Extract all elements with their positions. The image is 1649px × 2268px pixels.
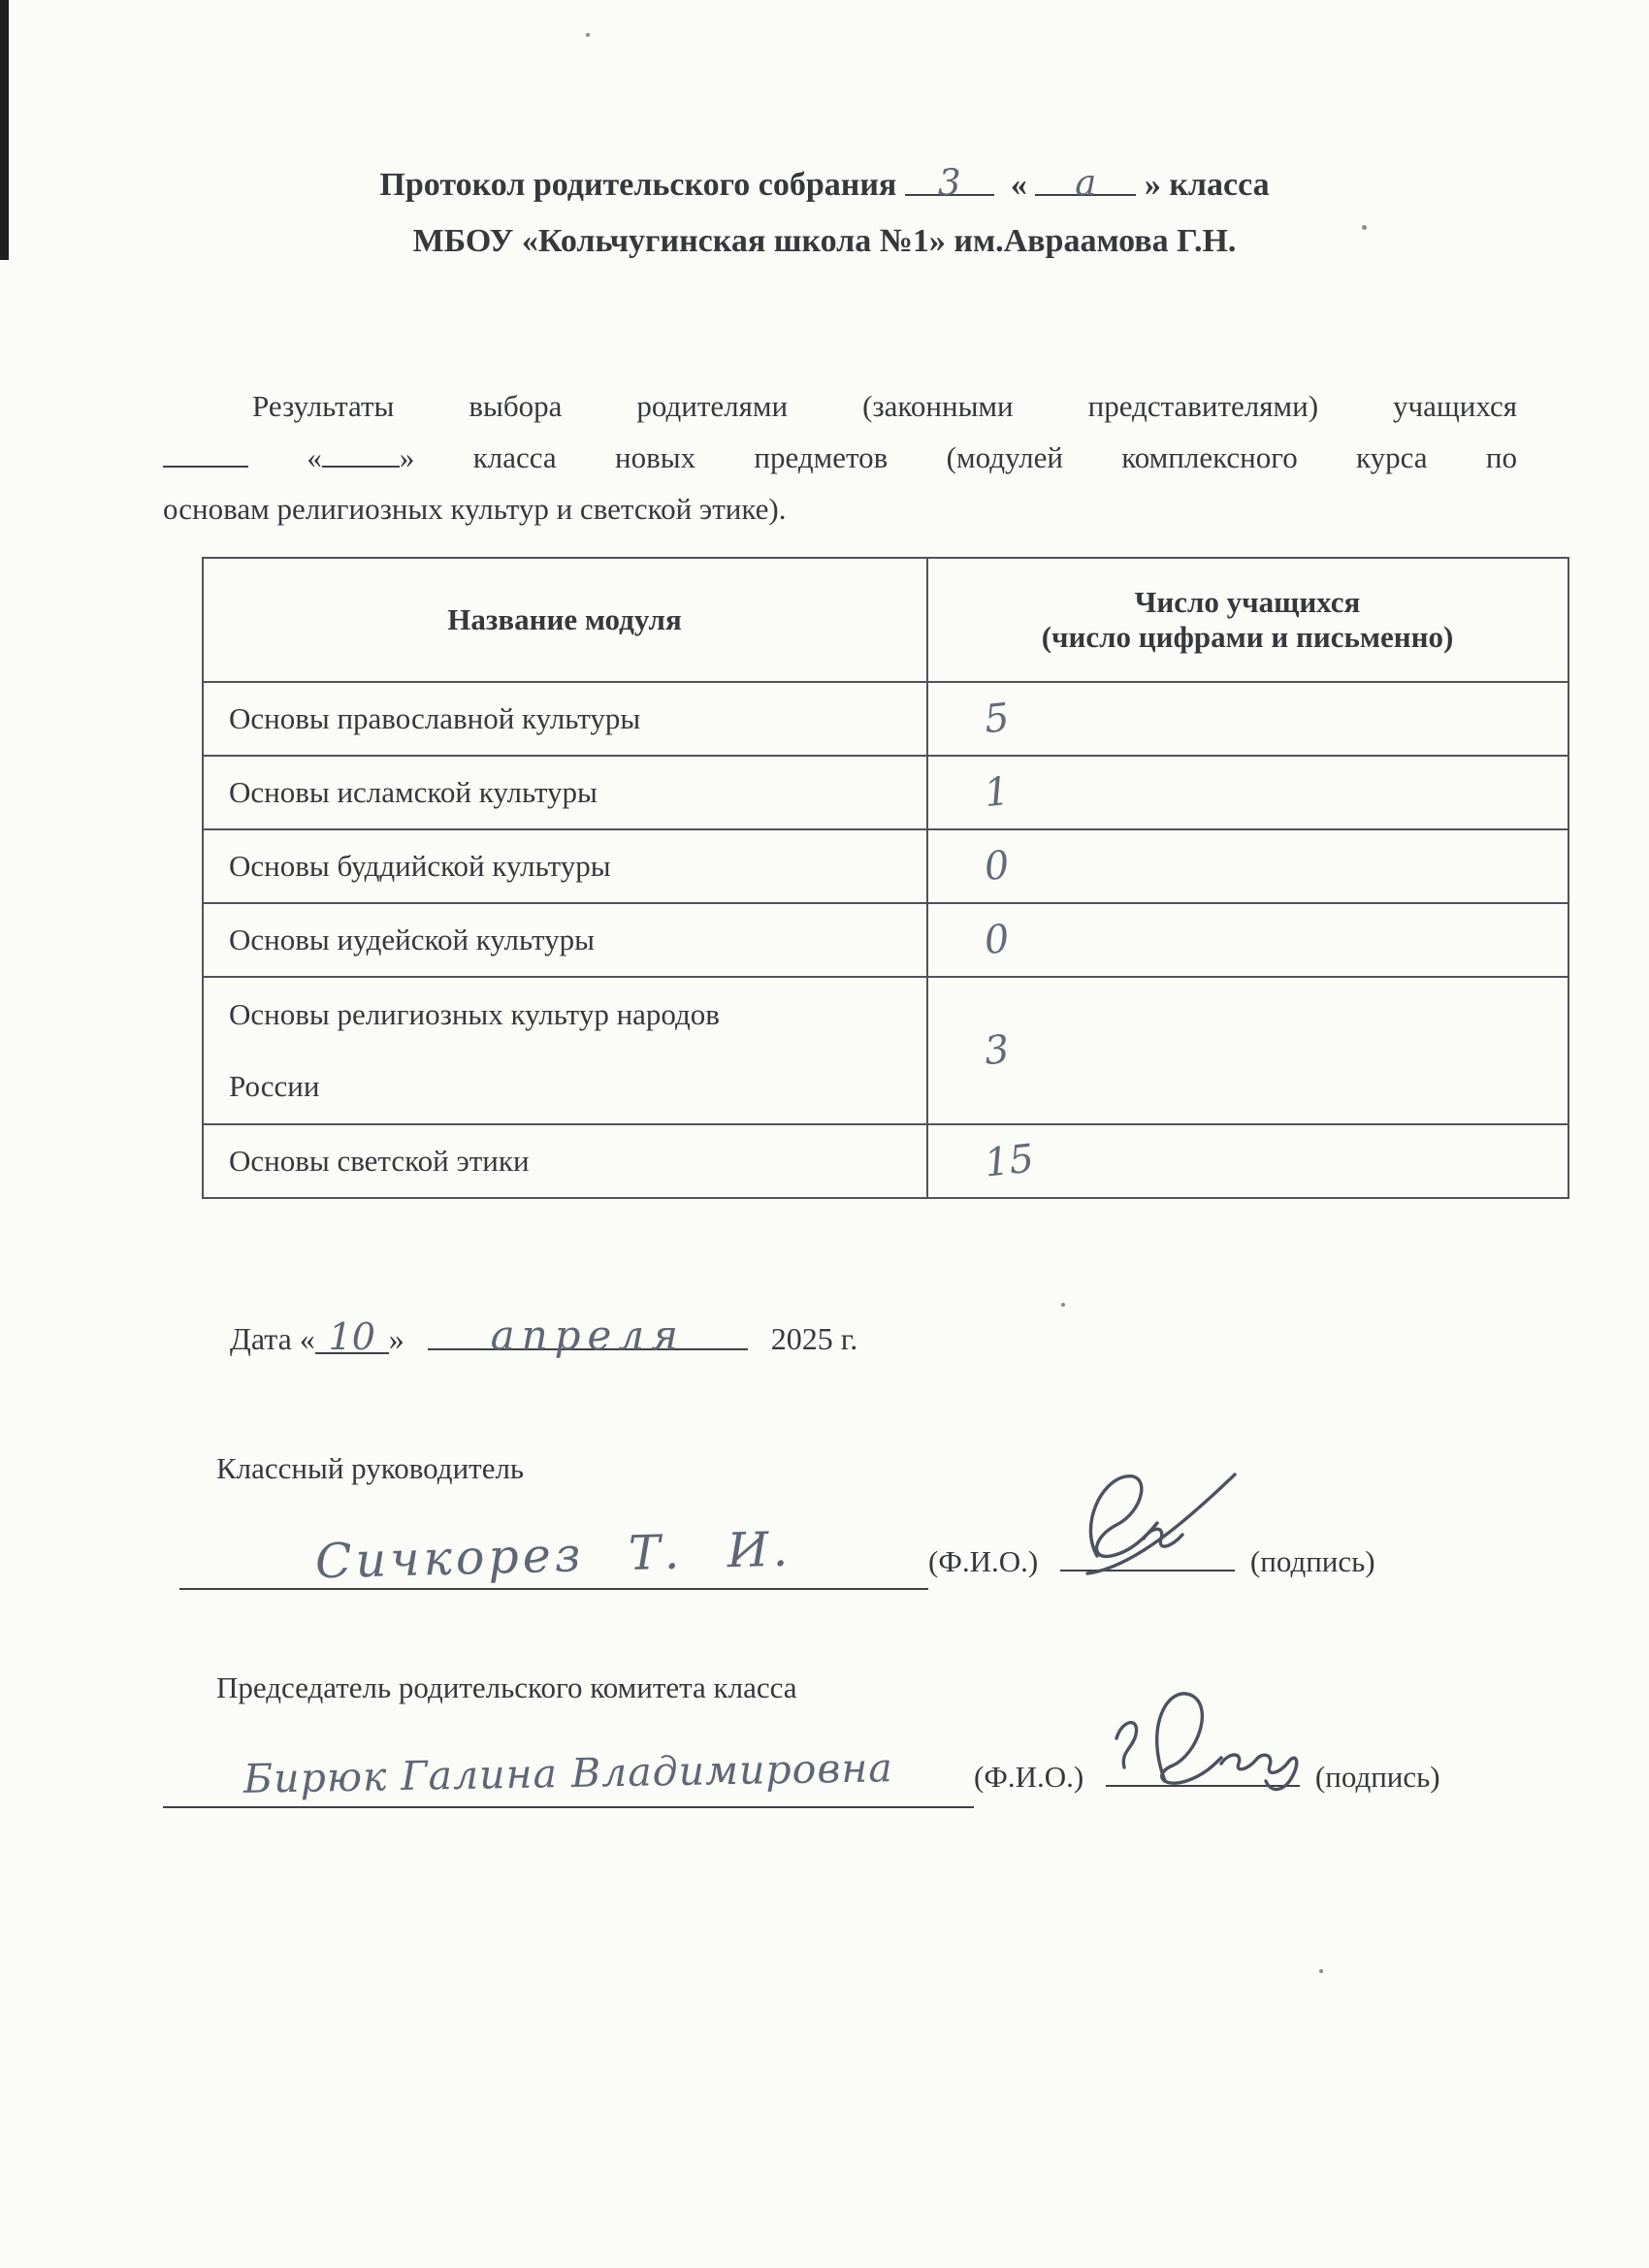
fio-label: (Ф.И.О.) — [928, 1544, 1038, 1578]
module-cell: Основы буддийской культуры — [203, 829, 927, 903]
handwritten-count: 1 — [983, 769, 1012, 816]
close-quote: » — [400, 440, 415, 474]
date-label: Дата — [230, 1321, 292, 1356]
signature-label: (подпись) — [1315, 1760, 1440, 1794]
header-student-count: Число учащихся (число цифрами и письменн… — [927, 558, 1568, 682]
count-cell: 1 — [927, 756, 1568, 829]
title-suffix: класса — [1169, 167, 1269, 203]
title-text: Протокол родительского собрания — [379, 167, 896, 203]
chair-name-line: Бирюк Галина Владимировна — [163, 1750, 974, 1808]
teacher-signature-slot — [1060, 1509, 1235, 1571]
handwritten-count: 15 — [983, 1136, 1036, 1185]
header-count-line2: (число цифрами и письменно) — [928, 620, 1567, 655]
module-cell: Основы исламской культуры — [203, 756, 927, 829]
table-row: Основы религиозных культур народов Росси… — [203, 977, 1568, 1124]
chair-signature-scribble — [1101, 1682, 1305, 1798]
intro-line-3: основам религиозных культур и светской э… — [163, 483, 1517, 535]
handwritten-count: 0 — [983, 843, 1012, 890]
handwritten-month: апреля — [491, 1312, 685, 1359]
handwritten-chair-name: Бирюк Галина Владимировна — [243, 1744, 893, 1802]
handwritten-count: 0 — [983, 917, 1012, 963]
close-quote: » — [1145, 167, 1161, 203]
table-row: Основы иудейской культуры 0 — [203, 903, 1568, 977]
table-row: Основы исламской культуры 1 — [203, 756, 1568, 829]
module-text: Основы религиозных культур народов Росси… — [229, 979, 811, 1122]
scanned-protocol-document: Протокол родительского собрания 3 « а » … — [0, 0, 1649, 2268]
document-title: Протокол родительского собрания 3 « а » … — [145, 155, 1503, 270]
chair-signature-row: Бирюк Галина Владимировна (Ф.И.О.) (подп… — [163, 1729, 1440, 1808]
chair-signature-slot — [1106, 1729, 1300, 1787]
modules-table: Название модуля Число учащихся (число ци… — [202, 557, 1569, 1199]
teacher-role-label: Классный руководитель — [216, 1451, 524, 1486]
handwritten-class-letter: а — [1075, 162, 1096, 204]
table-header-row: Название модуля Число учащихся (число ци… — [203, 558, 1568, 682]
handwritten-count: 5 — [983, 696, 1012, 742]
count-cell: 0 — [927, 903, 1568, 977]
scan-speck — [586, 33, 590, 37]
intro-line-2: «» класса новых предметов (модулей компл… — [163, 432, 1517, 483]
count-cell: 15 — [927, 1124, 1568, 1198]
table-row: Основы буддийской культуры 0 — [203, 829, 1568, 903]
title-line-2: МБОУ «Кольчугинская школа №1» им.Авраамо… — [145, 213, 1503, 270]
handwritten-day: 10 — [329, 1315, 375, 1358]
module-cell: Основы светской этики — [203, 1124, 927, 1198]
class-letter-blank: а — [1035, 155, 1136, 196]
fio-label: (Ф.И.О.) — [974, 1760, 1083, 1794]
intro-paragraph: Результаты выбора родителями (законными … — [163, 380, 1517, 535]
date-year: 2025 г. — [771, 1321, 858, 1356]
count-cell: 5 — [927, 682, 1568, 756]
table-row: Основы православной культуры 5 — [203, 682, 1568, 756]
module-cell: Основы религиозных культур народов Росси… — [203, 977, 927, 1124]
handwritten-count: 3 — [983, 1027, 1012, 1074]
intro-line-1: Результаты выбора родителями (законными … — [163, 380, 1517, 432]
intro-line-2-text: класса новых предметов (модулей комплекс… — [473, 440, 1517, 474]
title-line-1: Протокол родительского собрания 3 « а » … — [145, 155, 1503, 213]
class-number-blank-empty — [163, 433, 248, 468]
date-day-blank: 10 — [315, 1315, 389, 1354]
teacher-signature-scribble — [1051, 1467, 1245, 1583]
signature-label: (подпись) — [1250, 1544, 1375, 1578]
class-number-blank: 3 — [905, 155, 994, 196]
count-cell: 3 — [927, 977, 1568, 1124]
header-count-line1: Число учащихся — [928, 585, 1567, 620]
open-quote: « — [1011, 167, 1027, 203]
teacher-signature-row: Сичкорез Т. И. (Ф.И.О.) (подпись) — [179, 1509, 1375, 1590]
scan-edge-artifact — [0, 0, 9, 260]
open-quote: « — [300, 1321, 315, 1356]
module-cell: Основы православной культуры — [203, 682, 927, 756]
class-letter-blank-empty — [322, 433, 400, 468]
table-row: Основы светской этики 15 — [203, 1124, 1568, 1198]
open-quote: « — [307, 440, 322, 474]
module-cell: Основы иудейской культуры — [203, 903, 927, 977]
handwritten-teacher-name: Сичкорез Т. И. — [315, 1522, 792, 1590]
close-quote: » — [389, 1321, 404, 1356]
scan-speck — [1319, 1969, 1323, 1973]
date-month-blank: апреля — [428, 1312, 748, 1350]
scan-speck — [1061, 1303, 1065, 1307]
chair-role-label: Председатель родительского комитета клас… — [216, 1670, 797, 1705]
header-module-name: Название модуля — [203, 558, 927, 682]
date-line: Дата «10» апреля 2025 г. — [230, 1312, 857, 1357]
teacher-name-line: Сичкорез Т. И. — [179, 1528, 928, 1590]
count-cell: 0 — [927, 829, 1568, 903]
handwritten-class-number: 3 — [938, 162, 961, 204]
